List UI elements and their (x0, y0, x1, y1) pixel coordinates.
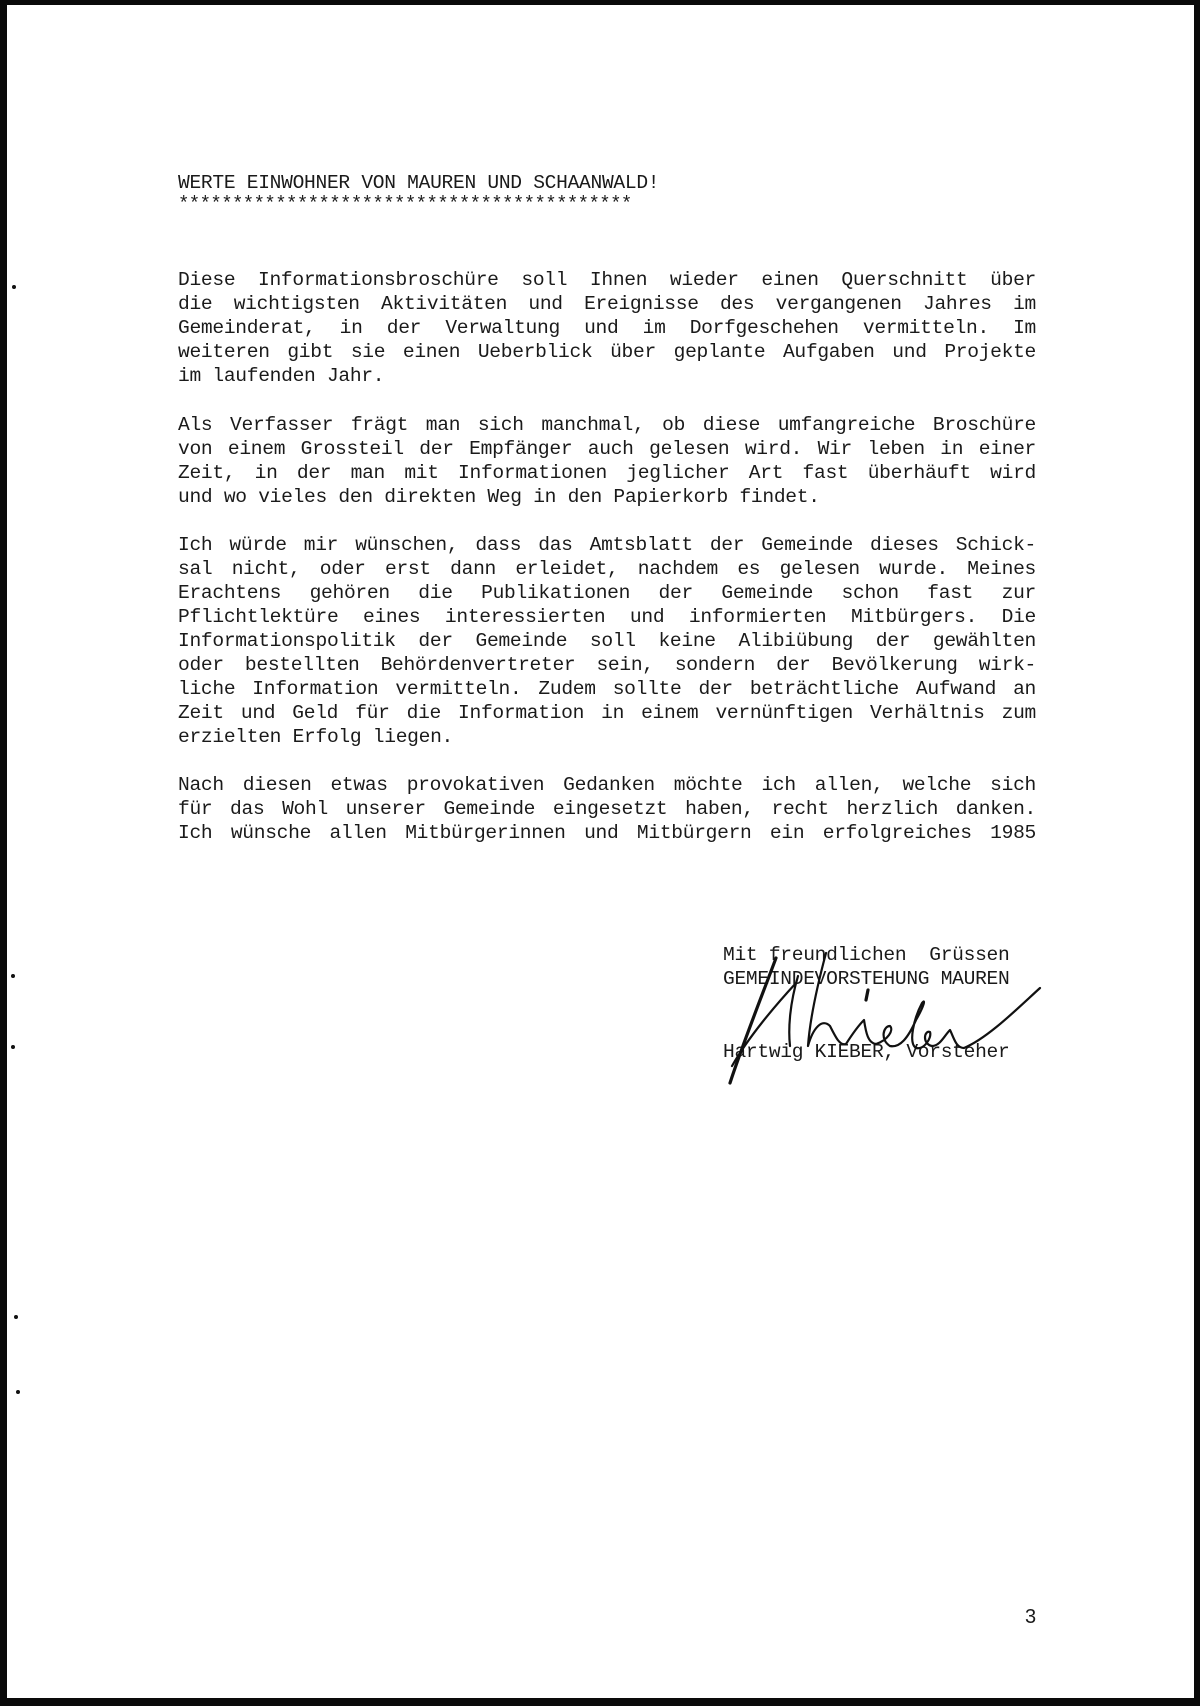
text-line: Zeit und Geld für die Information in ein… (178, 701, 1036, 725)
text-line: Zeit, in der man mit Informationen jegli… (178, 461, 1036, 485)
scan-artifact-dot (11, 974, 15, 978)
text-line: die wichtigsten Aktivitäten und Ereignis… (178, 292, 1036, 316)
text-line: für das Wohl unserer Gemeinde eingesetzt… (178, 797, 1036, 821)
text-line: liche Information vermitteln. Zudem soll… (178, 677, 1036, 701)
scan-artifact-dot (11, 1045, 15, 1049)
page-number: 3 (1025, 1606, 1036, 1629)
paragraph-3: Ich würde mir wünschen, dass das Amtsbla… (178, 533, 1036, 749)
letter-heading: WERTE EINWOHNER VON MAUREN UND SCHAANWAL… (178, 171, 659, 195)
text-line: Als Verfasser frägt man sich manchmal, o… (178, 413, 1036, 437)
text-line: weiteren gibt sie einen Ueberblick über … (178, 340, 1036, 364)
paragraph-1: Diese Informationsbroschüre soll Ihnen w… (178, 268, 1036, 388)
text-line: im laufenden Jahr. (178, 364, 1036, 388)
scan-artifact-dot (12, 285, 16, 289)
text-line: Ich wünsche allen Mitbürgerinnen und Mit… (178, 821, 1036, 845)
paragraph-2: Als Verfasser frägt man sich manchmal, o… (178, 413, 1036, 509)
paragraph-4: Nach diesen etwas provokativen Gedanken … (178, 773, 1036, 845)
text-line: Informationspolitik der Gemeinde soll ke… (178, 629, 1036, 653)
text-line: oder bestellten Behördenvertreter sein, … (178, 653, 1036, 677)
heading-asterisk-underline: ****************************************… (178, 194, 632, 214)
text-line: Gemeinderat, in der Verwaltung und im Do… (178, 316, 1036, 340)
text-line: Diese Informationsbroschüre soll Ihnen w… (178, 268, 1036, 292)
handwritten-signature-icon (718, 948, 1078, 1088)
text-line: Ich würde mir wünschen, dass das Amtsbla… (178, 533, 1036, 557)
text-line: von einem Grossteil der Empfänger auch g… (178, 437, 1036, 461)
text-line: Erachtens gehören die Publikationen der … (178, 581, 1036, 605)
text-line: Nach diesen etwas provokativen Gedanken … (178, 773, 1036, 797)
text-line: erzielten Erfolg liegen. (178, 725, 1036, 749)
scanned-page (7, 5, 1194, 1698)
scan-artifact-dot (16, 1390, 20, 1394)
text-line: Pflichtlektüre eines interessierten und … (178, 605, 1036, 629)
text-line: sal nicht, oder erst dann erleidet, nach… (178, 557, 1036, 581)
text-line: und wo vieles den direkten Weg in den Pa… (178, 485, 1036, 509)
scan-artifact-dot (14, 1315, 18, 1319)
